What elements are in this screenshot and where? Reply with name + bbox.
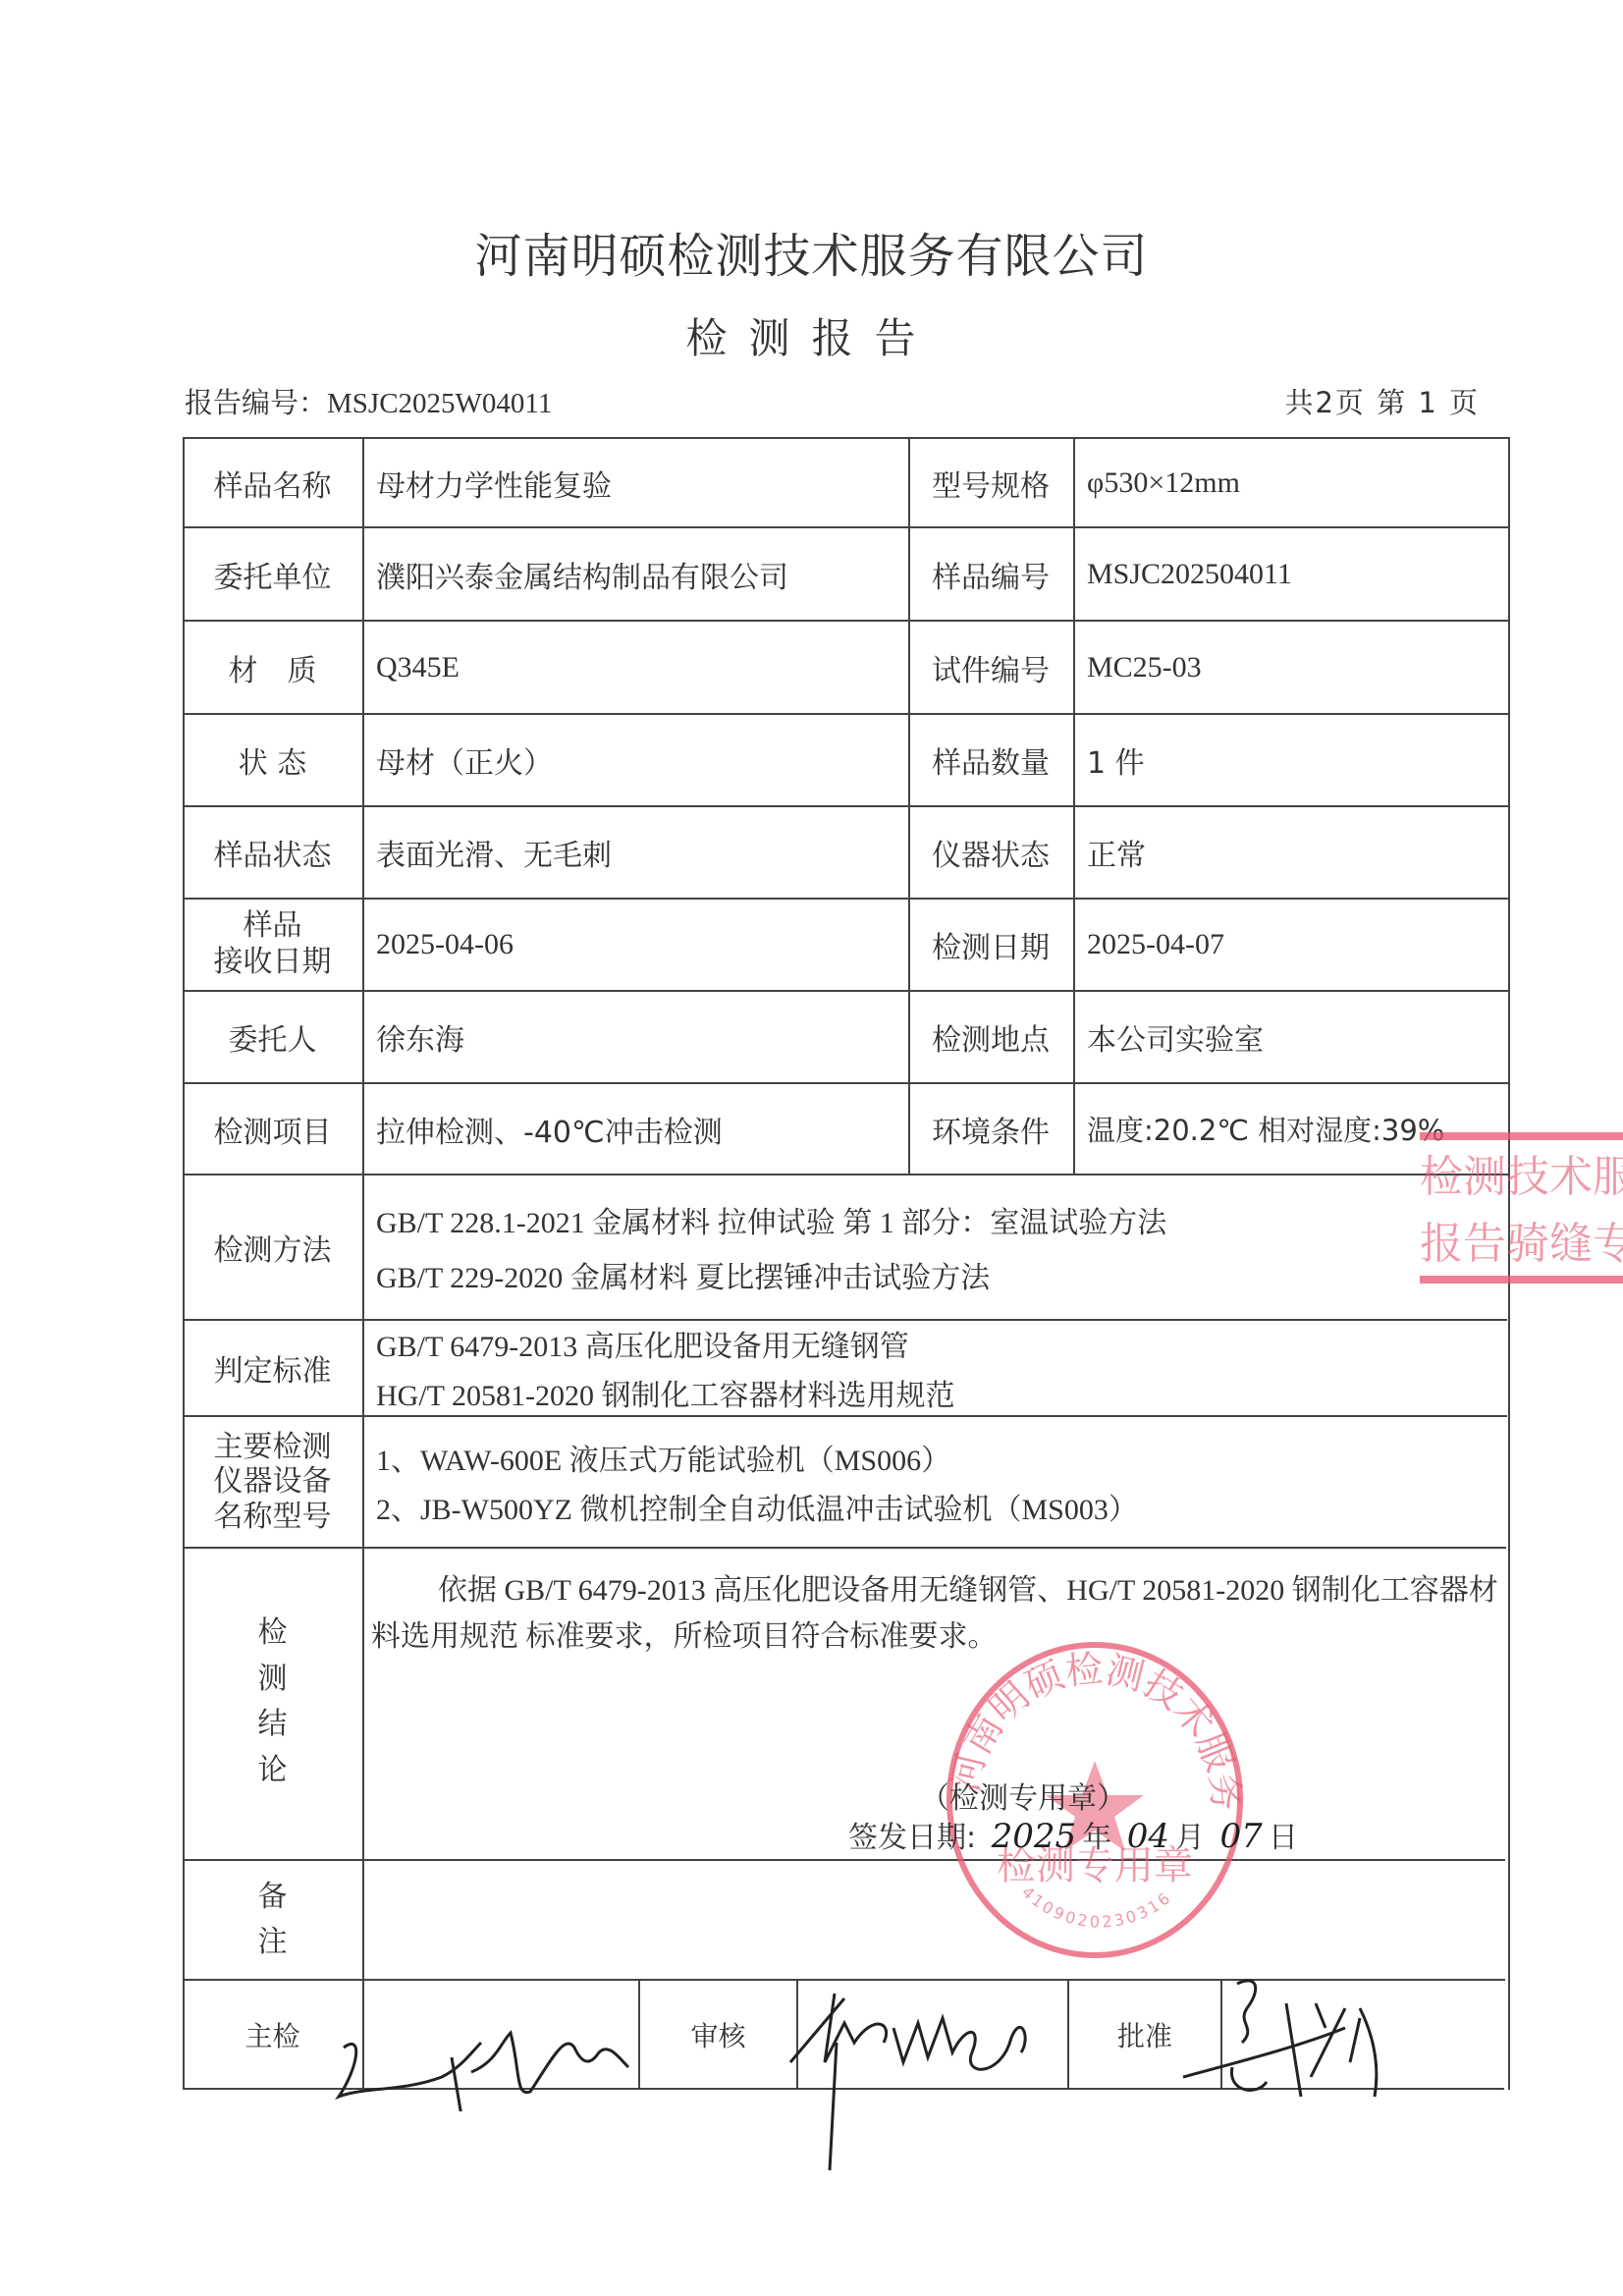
consignor-value: 徐东海 (364, 992, 908, 1082)
issue-year-handwritten: 2025 (992, 1817, 1077, 1856)
sample-no-value: MSJC202504011 (1075, 528, 1507, 620)
instrument-state-label: 仪器状态 (908, 807, 1073, 898)
model-spec-label: 型号规格 (908, 439, 1073, 526)
conclusion-label: 检 测 结 论 (183, 1611, 362, 1807)
receive-date-value: 2025-04-06 (364, 900, 908, 990)
test-location-label: 检测地点 (908, 992, 1073, 1082)
table-border (183, 1547, 1506, 1549)
issue-date-label: 签发日期: (848, 1821, 976, 1855)
conclusion-label-char: 论 (258, 1748, 288, 1794)
sample-no-label: 样品编号 (908, 528, 1073, 620)
table-border (1508, 437, 1510, 2090)
test-method-label: 检测方法 (183, 1175, 362, 1319)
stamp-note: （检测专用章） (920, 1774, 1126, 1817)
test-date-label: 检测日期 (908, 900, 1073, 990)
model-spec-value: φ530×12mm (1075, 439, 1507, 526)
test-method-line: GB/T 228.1-2021 金属材料 拉伸试验 第 1 部分：室温试验方法 (376, 1198, 1166, 1241)
criteria-line: HG/T 20581-2020 钢制化工容器材料选用规范 (376, 1371, 954, 1414)
remarks-label-char: 注 (258, 1920, 288, 1966)
receive-date-label: 样品 接收日期 (183, 900, 362, 990)
consignor-label: 委托人 (183, 992, 362, 1082)
criteria-label: 判定标准 (183, 1321, 362, 1415)
table-border (183, 2088, 1504, 2090)
material-value: Q345E (364, 622, 908, 713)
equipment-value: 1、WAW-600E 液压式万能试验机（MS006） 2、JB-W500YZ 微… (364, 1417, 1503, 1547)
test-location-value: 本公司实验室 (1075, 992, 1507, 1082)
issue-date: 签发日期: 2025年 04月 07日 (848, 1813, 1298, 1856)
conclusion-label-char: 结 (258, 1702, 288, 1748)
test-items-value: 拉伸检测、-40℃冲击检测 (364, 1084, 908, 1174)
conclusion-text: 依据 GB/T 6479-2013 高压化肥设备用无缝钢管、HG/T 20581… (371, 1567, 1500, 1660)
equipment-label-line: 名称型号 (214, 1500, 332, 1534)
approver-signature (1222, 1981, 1503, 2088)
remarks-value (364, 1861, 1503, 1979)
equipment-label-line: 仪器设备 (214, 1464, 332, 1499)
test-method-line: GB/T 229-2020 金属材料 夏比摆锤冲击试验方法 (376, 1253, 990, 1296)
test-date-value: 2025-04-07 (1075, 900, 1507, 990)
specimen-no-value: MC25-03 (1075, 622, 1507, 713)
equipment-label-line: 主要检测 (214, 1430, 332, 1464)
criteria-line: GB/T 6479-2013 高压化肥设备用无缝钢管 (376, 1322, 909, 1365)
condition-value: 母材（正火） (364, 715, 908, 805)
approver-label: 批准 (1069, 1981, 1220, 2088)
receive-date-label-line1: 样品 (243, 908, 302, 945)
material-label: 材 质 (183, 622, 362, 713)
equipment-line: 2、JB-W500YZ 微机控制全自动低温冲击试验机（MS003） (376, 1485, 1138, 1528)
month-label: 月 (1175, 1821, 1205, 1855)
client-label: 委托单位 (183, 528, 362, 620)
remarks-label-char: 备 (258, 1875, 288, 1921)
equipment-label: 主要检测 仪器设备 名称型号 (183, 1417, 362, 1547)
issue-month-handwritten: 04 (1127, 1817, 1169, 1856)
reviewer-label: 审核 (640, 1981, 796, 2088)
sample-state-label: 样品状态 (183, 807, 362, 898)
client-value: 濮阳兴泰金属结构制品有限公司 (364, 528, 908, 620)
test-items-label: 检测项目 (183, 1084, 362, 1174)
year-label: 年 (1082, 1821, 1111, 1855)
sample-state-value: 表面光滑、无毛刺 (364, 807, 908, 898)
reviewer-signature (798, 1981, 1067, 2088)
equipment-line: 1、WAW-600E 液压式万能试验机（MS006） (376, 1436, 950, 1479)
sample-name-label: 样品名称 (183, 439, 362, 526)
issue-day-handwritten: 07 (1220, 1817, 1263, 1856)
sample-qty-value: 1 件 (1075, 715, 1507, 805)
environment-value: 温度:20.2℃ 相对湿度:39% (1075, 1084, 1512, 1174)
remarks-label: 备 注 (183, 1861, 362, 1979)
criteria-value: GB/T 6479-2013 高压化肥设备用无缝钢管 HG/T 20581-20… (364, 1321, 1503, 1415)
sample-name-value: 母材力学性能复验 (364, 439, 908, 526)
condition-label: 状 态 (183, 715, 362, 805)
inspector-label: 主检 (183, 1981, 362, 2088)
environment-label: 环境条件 (908, 1084, 1073, 1174)
specimen-no-label: 试件编号 (908, 622, 1073, 713)
receive-date-label-line2: 接收日期 (214, 945, 332, 981)
sample-qty-label: 样品数量 (908, 715, 1073, 805)
conclusion-label-char: 测 (258, 1657, 288, 1703)
day-label: 日 (1269, 1821, 1298, 1855)
instrument-state-value: 正常 (1075, 807, 1507, 898)
inspector-signature (364, 1981, 638, 2088)
conclusion-label-char: 检 (258, 1611, 288, 1657)
test-method-value: GB/T 228.1-2021 金属材料 拉伸试验 第 1 部分：室温试验方法 … (364, 1175, 1503, 1319)
